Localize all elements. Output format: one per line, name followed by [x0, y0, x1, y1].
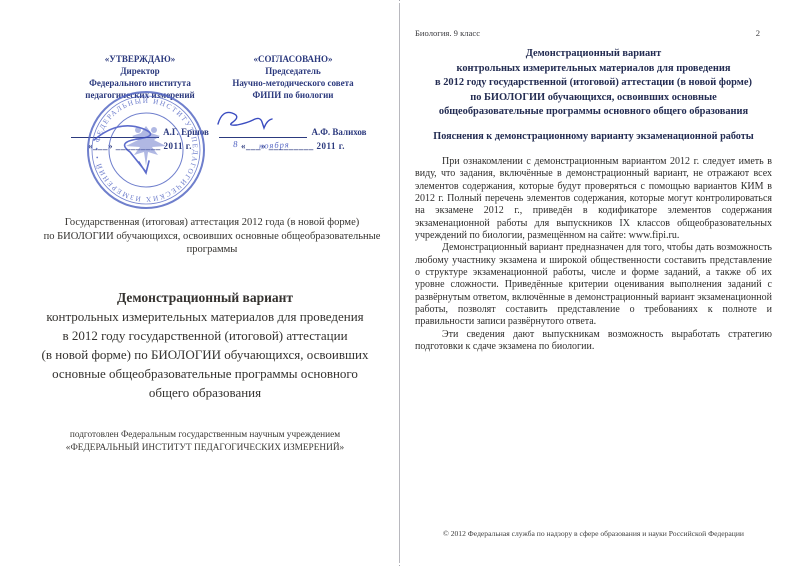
agree-heading: «СОГЛАСОВАНО»: [207, 53, 379, 65]
prepared-line: «ФЕДЕРАЛЬНЫЙ ИНСТИТУТ ПЕДАГОГИЧЕСКИХ ИЗМ…: [15, 442, 395, 455]
official-stamp: • ФЕДЕРАЛЬНЫЙ ИНСТИТУТ ПЕДАГОГИЧЕСКИХ ИЗ…: [80, 84, 212, 216]
agree-signer-name: А.Ф. Валихов: [311, 126, 366, 138]
agree-date-text: «___» _________ 2011 г.: [241, 141, 345, 151]
handwritten-signature: [215, 108, 285, 130]
document-title: Демонстрационный вариант контрольных изм…: [415, 47, 772, 120]
title-line: контрольных измерительных материалов для…: [415, 62, 772, 77]
paragraph: Демонстрационный вариант предназначен дл…: [415, 242, 772, 328]
agree-date-line: «___» _________ 2011 г. 8 ноября: [207, 140, 379, 152]
prepared-by-block: подготовлен Федеральным государственным …: [15, 429, 395, 455]
agree-block: «СОГЛАСОВАНО» Председатель Научно-методи…: [207, 53, 379, 152]
paragraph: При ознакомлении с демонстрационным вари…: [415, 156, 772, 242]
attestation-line: Государственная (итоговая) аттестация 20…: [25, 216, 399, 230]
paragraph: Эти сведения дают выпускникам возможност…: [415, 329, 772, 354]
section-subtitle: Пояснения к демонстрационному варианту э…: [415, 131, 772, 142]
agree-org-line: Научно-методического совета: [207, 77, 379, 89]
demo-title-line: общего образования: [15, 383, 395, 402]
demo-title: Демонстрационный вариант: [15, 288, 395, 307]
title-line: по БИОЛОГИИ обучающихся, освоивших основ…: [415, 91, 772, 106]
agree-org-line: Председатель: [207, 65, 379, 77]
page-left: «УТВЕРЖДАЮ» Директор Федерального инстит…: [0, 0, 399, 566]
copyright-footer: © 2012 Федеральная служба по надзору в с…: [415, 529, 772, 538]
attestation-heading: Государственная (итоговая) аттестация 20…: [25, 216, 399, 257]
prepared-line: подготовлен Федеральным государственным …: [15, 429, 395, 442]
body-text: При ознакомлении с демонстрационным вари…: [415, 156, 772, 354]
agree-org-line: ФИПИ по биологии: [207, 89, 379, 101]
handwritten-month: ноября: [259, 138, 290, 152]
demo-title-line: в 2012 году государственной (итоговой) а…: [15, 326, 395, 345]
approve-heading: «УТВЕРЖДАЮ»: [55, 53, 225, 65]
demo-title-block: Демонстрационный вариант контрольных изм…: [15, 288, 395, 402]
demo-title-line: контрольных измерительных материалов для…: [15, 307, 395, 326]
header-subject: Биология. 9 класс: [415, 28, 480, 38]
title-line: общеобразовательные программы основного …: [415, 105, 772, 120]
attestation-line: программы: [25, 243, 399, 257]
approve-org-line: Директор: [55, 65, 225, 77]
running-header: Биология. 9 класс 2: [415, 28, 772, 38]
stamp-emblem: [126, 126, 166, 166]
agree-signature-row: А.Ф. Валихов: [207, 124, 379, 138]
document-viewer: { "doc": { "left": { "approve": { "headi…: [0, 0, 800, 566]
demo-title-line: основные общеобразовательные программы о…: [15, 364, 395, 383]
title-line: в 2012 году государственной (итоговой) а…: [415, 76, 772, 91]
attestation-line: по БИОЛОГИИ обучающихся, освоивших основ…: [25, 230, 399, 244]
handwritten-day: 8: [232, 138, 238, 150]
page-number: 2: [756, 28, 760, 38]
title-line: Демонстрационный вариант: [415, 47, 772, 62]
demo-title-line: (в новой форме) по БИОЛОГИИ обучающихся,…: [15, 345, 395, 364]
page-right: Биология. 9 класс 2 Демонстрационный вар…: [400, 0, 800, 566]
